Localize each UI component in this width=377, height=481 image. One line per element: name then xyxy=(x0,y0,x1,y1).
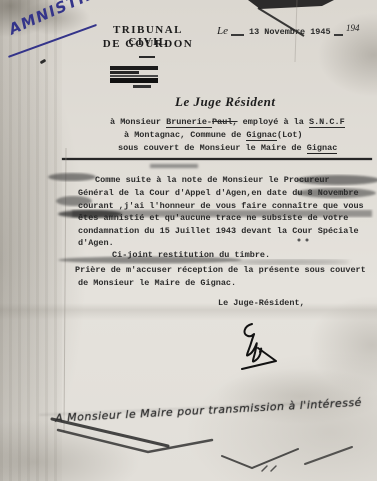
ink-smudge xyxy=(230,260,350,265)
ink-dot xyxy=(306,239,309,242)
judge-signature xyxy=(242,324,276,369)
strikethrough-bar xyxy=(72,210,372,217)
ink-smudge xyxy=(296,175,377,185)
ink-smudge xyxy=(296,188,376,198)
margin-smudge xyxy=(48,173,96,181)
margin-smudge xyxy=(56,196,92,206)
ink-dot xyxy=(298,239,301,242)
vertical-fold-line xyxy=(64,148,66,432)
top-edge-ink-blob xyxy=(248,0,334,9)
scanned-letter-page: AMNISTIE TRIBUNAL CIVIL DE GOURDON Le 13… xyxy=(0,0,377,481)
ink-smudge xyxy=(58,257,242,264)
